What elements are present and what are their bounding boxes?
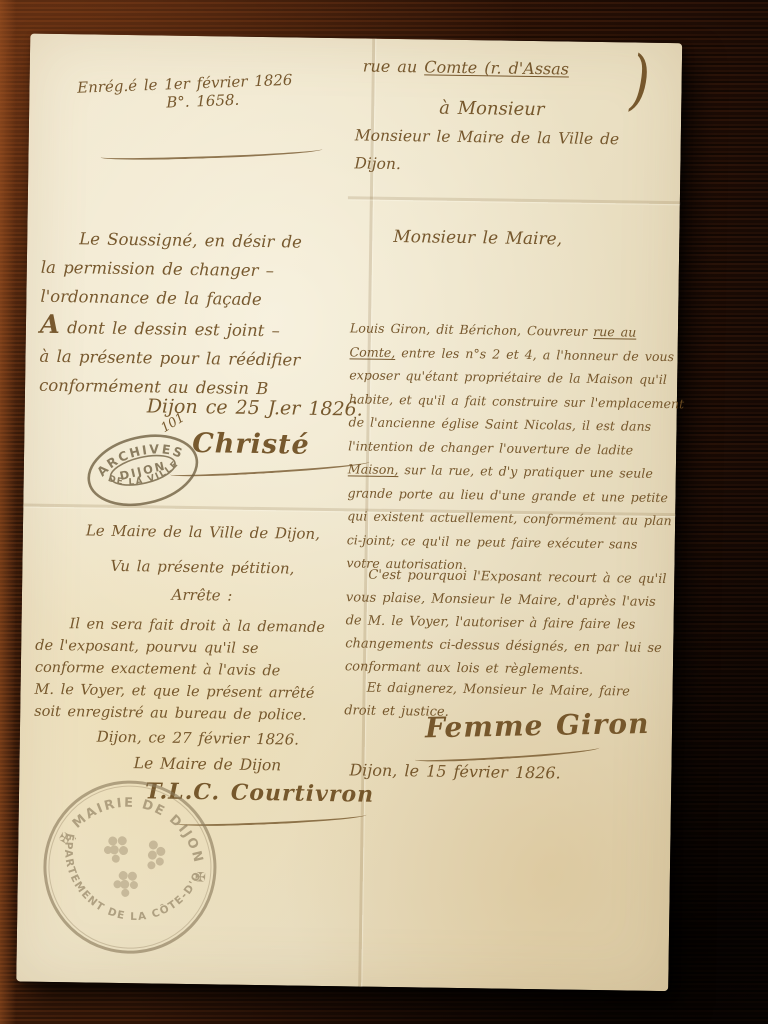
address-line1: rue au Comte (r. d'Assas xyxy=(363,56,569,78)
decision-dateline: Dijon, ce 27 février 1826. xyxy=(48,727,348,749)
petitioner-signature: Christé xyxy=(192,428,310,461)
letter-signature: Femme Giron xyxy=(425,707,650,744)
address-line2: à Monsieur xyxy=(439,98,544,121)
wood-table-background: Enrég.é le 1er février 1826 B°. 1658. ru… xyxy=(0,0,768,1024)
letter-body-line2-underlined: Comte, xyxy=(350,344,396,360)
registration-underline-flourish xyxy=(100,145,322,161)
letter-body-line7-rest: sur la rue, et d'y pratiquer une seule xyxy=(398,462,653,481)
petition-text: Le Soussigné, en désir de la permission … xyxy=(39,224,372,405)
address-line1-underlined: Comte (r. d'Assas xyxy=(424,57,569,78)
decision-body: Il en sera fait droit à la demande de l'… xyxy=(34,613,325,727)
decision-heading3: Arrête : xyxy=(30,584,374,607)
petition-line: A dont le dessin est joint – xyxy=(40,311,370,347)
mairie-seal-arc-top-text: ✠ MAIRIE DE DIJON ✠ xyxy=(56,777,226,889)
fold-crease-horizontal-top xyxy=(348,196,680,204)
svg-text:✠ MAIRIE DE DIJON ✠: ✠ MAIRIE DE DIJON ✠ xyxy=(56,777,226,889)
letter-body-line2-rest: entre les n°s 2 et 4, a l'honneur de vou… xyxy=(395,345,674,364)
address-line3: Monsieur le Maire de la Ville de xyxy=(355,126,620,148)
address-big-paren: ) xyxy=(629,43,650,118)
document-paper: Enrég.é le 1er février 1826 B°. 1658. ru… xyxy=(16,34,682,992)
letter-salutation: Monsieur le Maire, xyxy=(393,227,562,250)
letter-dateline: Dijon, le 15 février 1826. xyxy=(349,760,561,782)
registration-note: Enrég.é le 1er février 1826 B°. 1658. xyxy=(77,69,328,114)
letter-body-paragraph2: C'est pourquoi l'Exposant recourt à ce q… xyxy=(345,563,667,683)
archives-stamp: ARCHIVES DIJON DE LA VILLE xyxy=(77,421,209,520)
decision-heading2: Vu la présente pétition, xyxy=(30,556,374,579)
mairie-seal-grape-cluster-motifs xyxy=(93,827,169,904)
letter-body-paragraph1: Louis Giron, dit Bérichon, Couvreur rue … xyxy=(346,316,685,579)
decision-heading1: Le Maire de la Ville de Dijon, xyxy=(31,521,375,544)
letter-body-line7-underlined: Maison, xyxy=(348,461,399,477)
address-line4: Dijon. xyxy=(354,154,401,173)
decision-body-line: soit enregistré au bureau de police. xyxy=(34,701,324,727)
address-line1-pre: rue au xyxy=(363,56,425,76)
mayor-decision: Le Maire de la Ville de Dijon, Vu la pré… xyxy=(31,521,375,526)
letter-body-line1-underlined: rue au xyxy=(593,324,636,340)
letter-body-line1-pre: Louis Giron, dit Bérichon, Couvreur xyxy=(350,320,593,339)
